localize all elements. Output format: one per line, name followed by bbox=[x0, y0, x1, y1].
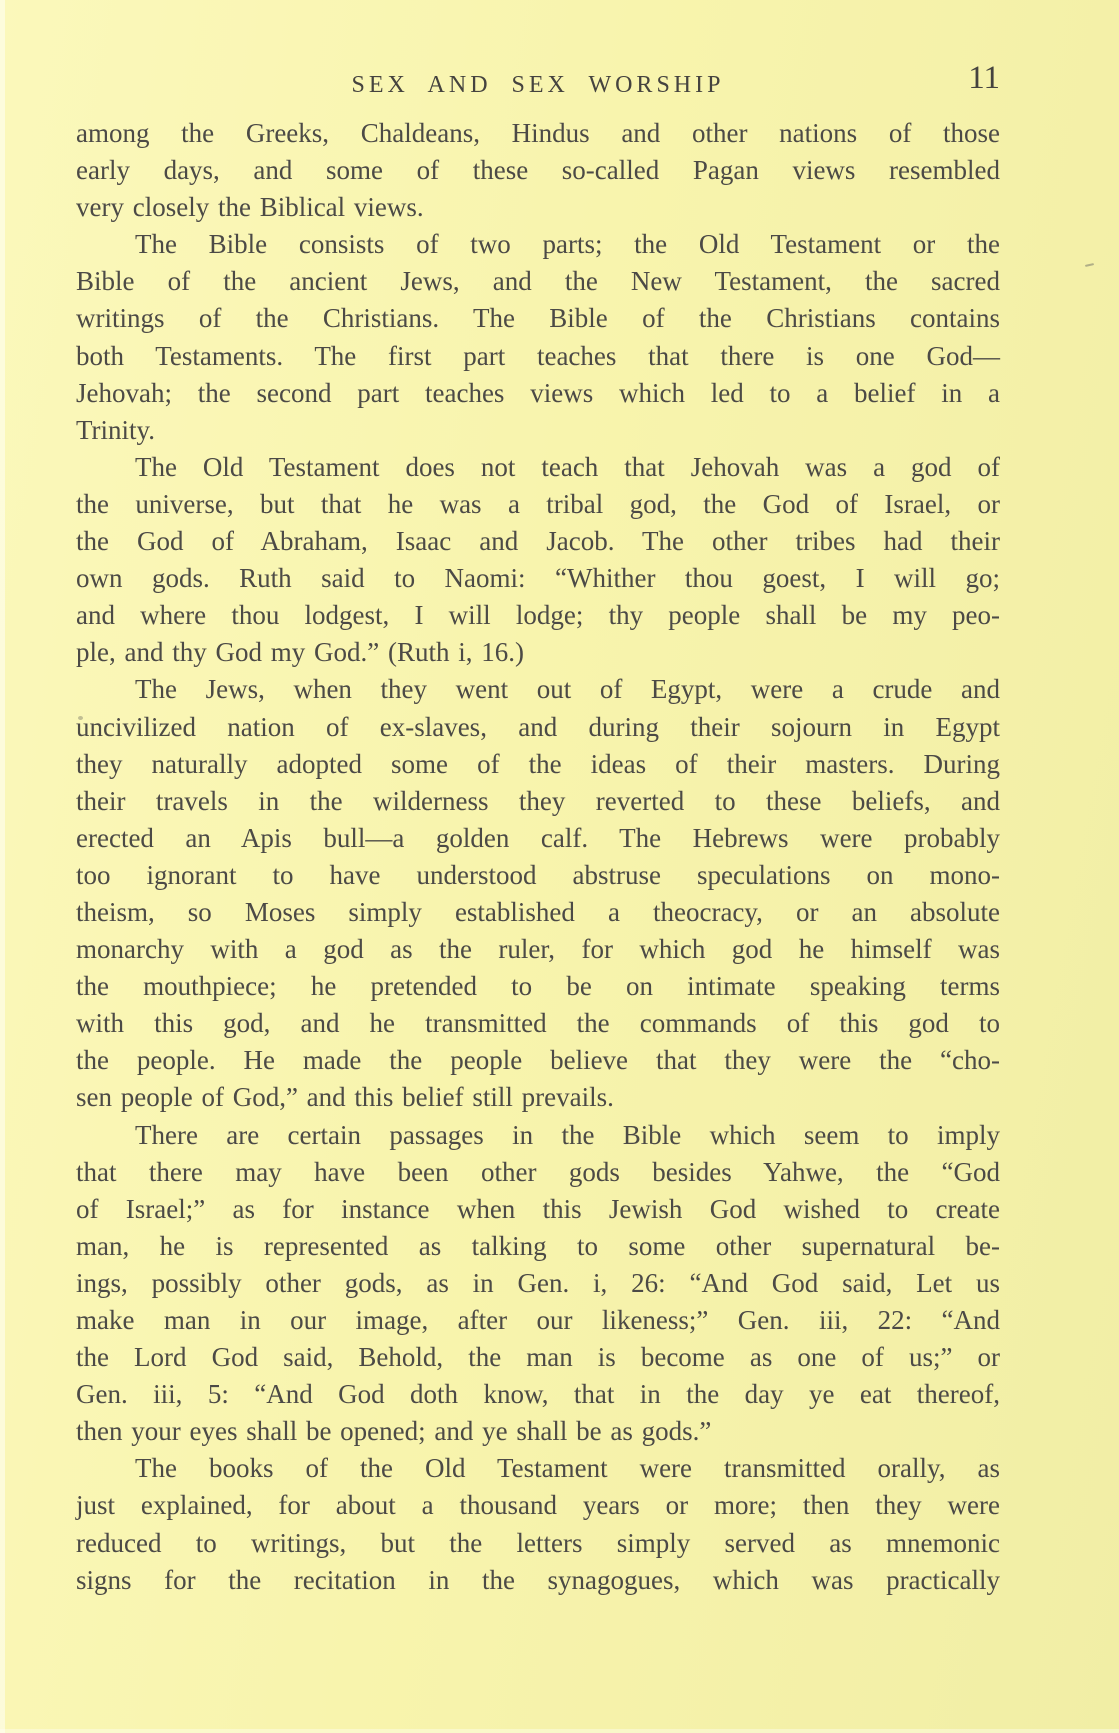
text-line: among the Greeks, Chaldeans, Hindus and … bbox=[76, 115, 1000, 152]
text-line: own gods. Ruth said to Naomi: “Whither t… bbox=[76, 560, 1000, 597]
paragraph: The books of the Old Testament were tran… bbox=[76, 1450, 1000, 1598]
text-line: both Testaments. The first part teaches … bbox=[76, 338, 1000, 375]
scan-speck bbox=[1085, 263, 1094, 267]
text-line: The books of the Old Testament were tran… bbox=[76, 1450, 1000, 1487]
text-line: uncivilized nation of ex-slaves, and dur… bbox=[76, 709, 1000, 746]
text-line: then your eyes shall be opened; and ye s… bbox=[76, 1413, 1000, 1450]
book-page: SEX AND SEX WORSHIP 11 among the Greeks,… bbox=[0, 0, 1119, 1733]
paragraph: among the Greeks, Chaldeans, Hindus and … bbox=[76, 115, 1000, 226]
text-line: just explained, for about a thousand yea… bbox=[76, 1487, 1000, 1524]
text-line: and where thou lodgest, I will lodge; th… bbox=[76, 597, 1000, 634]
text-line: theism, so Moses simply established a th… bbox=[76, 894, 1000, 931]
text-line: Gen. iii, 5: “And God doth know, that in… bbox=[76, 1376, 1000, 1413]
text-line: make man in our image, after our likenes… bbox=[76, 1302, 1000, 1339]
text-line: writings of the Christians. The Bible of… bbox=[76, 300, 1000, 337]
paragraph: The Old Testament does not teach that Je… bbox=[76, 449, 1000, 672]
scan-speck bbox=[78, 716, 83, 720]
text-line: very closely the Biblical views. bbox=[76, 189, 1000, 226]
text-line: man, he is represented as talking to som… bbox=[76, 1228, 1000, 1265]
text-line: of Israel;” as for instance when this Je… bbox=[76, 1191, 1000, 1228]
paragraph: The Bible consists of two parts; the Old… bbox=[76, 226, 1000, 449]
text-line: their travels in the wilderness they rev… bbox=[76, 783, 1000, 820]
text-line: the Lord God said, Behold, the man is be… bbox=[76, 1339, 1000, 1376]
text-line: Bible of the ancient Jews, and the New T… bbox=[76, 263, 1000, 300]
text-line: with this god, and he transmitted the co… bbox=[76, 1005, 1000, 1042]
text-line: The Old Testament does not teach that Je… bbox=[76, 449, 1000, 486]
page-number: 11 bbox=[968, 60, 1000, 97]
text-line: Jehovah; the second part teaches views w… bbox=[76, 375, 1000, 412]
text-line: ings, possibly other gods, as in Gen. i,… bbox=[76, 1265, 1000, 1302]
text-line: monarchy with a god as the ruler, for wh… bbox=[76, 931, 1000, 968]
text-line: Trinity. bbox=[76, 412, 1000, 449]
paragraph: The Jews, when they went out of Egypt, w… bbox=[76, 671, 1000, 1116]
text-line: early days, and some of these so-called … bbox=[76, 152, 1000, 189]
text-line: that there may have been other gods besi… bbox=[76, 1154, 1000, 1191]
text-line: The Jews, when they went out of Egypt, w… bbox=[76, 671, 1000, 708]
paragraph: There are certain passages in the Bible … bbox=[76, 1117, 1000, 1451]
text-line: reduced to writings, but the letters sim… bbox=[76, 1525, 1000, 1562]
page-body: among the Greeks, Chaldeans, Hindus and … bbox=[76, 115, 1000, 1599]
text-line: erected an Apis bull—a golden calf. The … bbox=[76, 820, 1000, 857]
text-line: the universe, but that he was a tribal g… bbox=[76, 486, 1000, 523]
scan-edge-bottom bbox=[0, 1729, 1119, 1733]
running-header-title: SEX AND SEX WORSHIP bbox=[76, 72, 1000, 99]
text-line: There are certain passages in the Bible … bbox=[76, 1117, 1000, 1154]
scan-edge-left bbox=[0, 0, 5, 1733]
text-line: ple, and thy God my God.” (Ruth i, 16.) bbox=[76, 634, 1000, 671]
text-line: the people. He made the people believe t… bbox=[76, 1042, 1000, 1079]
text-line: they naturally adopted some of the ideas… bbox=[76, 746, 1000, 783]
text-line: signs for the recitation in the synagogu… bbox=[76, 1562, 1000, 1599]
text-line: the God of Abraham, Isaac and Jacob. The… bbox=[76, 523, 1000, 560]
text-line: the mouthpiece; he pretended to be on in… bbox=[76, 968, 1000, 1005]
text-line: too ignorant to have understood abstruse… bbox=[76, 857, 1000, 894]
text-line: sen people of God,” and this belief stil… bbox=[76, 1079, 1000, 1116]
text-line: The Bible consists of two parts; the Old… bbox=[76, 226, 1000, 263]
